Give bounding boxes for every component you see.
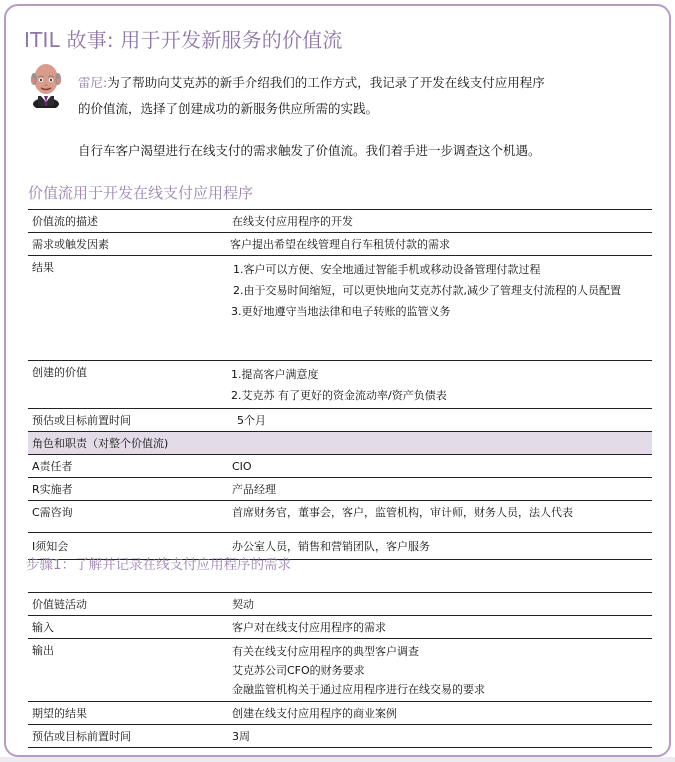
- bald-man-avatar-icon: [27, 60, 65, 108]
- row-value: 5个月: [228, 409, 652, 432]
- row-label: 结果: [28, 256, 228, 361]
- row-value: 首席财务官，董事会，客户，监管机构，审计师，财务人员，法人代表: [228, 501, 652, 533]
- row-label: 价值流的描述: [28, 210, 228, 233]
- table-row-shaded: 角色和职责（对整个价值流): [28, 432, 652, 455]
- table-row: 创建的价值 1.提高客户满意度 2.艾克苏 有了更好的资金流动率/资产负债表: [28, 361, 652, 409]
- intro-paragraph-2: 自行车客户渴望进行在线支付的需求触发了价值流。我们着手进一步调查这个机遇。: [78, 140, 648, 162]
- intro-text-line1: 为了帮助向艾克苏的新手介绍我们的工作方式，我记录了开发在线支付应用程序: [107, 75, 545, 90]
- row-values: 有关在线支付应用程序的典型客户调查 艾克苏公司CFO的财务要求 金融监管机构关于…: [228, 639, 652, 702]
- row-label: 价值链活动: [28, 593, 228, 616]
- row-value: 在线支付应用程序的开发: [228, 210, 652, 233]
- row-value: 产品经理: [228, 478, 652, 501]
- value-1: 1.提高客户满意度: [231, 364, 648, 385]
- table-row: 需求或触发因素 客户提出希望在线管理自行车租赁付款的需求: [28, 233, 652, 256]
- table-row: 输入 客户对在线支付应用程序的需求: [28, 616, 652, 639]
- row-value: 3周: [228, 725, 652, 748]
- outcome-1: 1.客户可以方便、安全地通过智能手机或移动设备管理付款过程: [231, 259, 648, 280]
- value-2: 2.艾克苏 有了更好的资金流动率/资产负债表: [231, 385, 648, 406]
- row-label: 输入: [28, 616, 228, 639]
- section2-title: 步骤1：了解并记录在线支付应用程序的需求: [26, 553, 291, 573]
- row-values: 1.客户可以方便、安全地通过智能手机或移动设备管理付款过程 2.由于交易时间缩短…: [228, 256, 652, 361]
- row-label: 期望的结果: [28, 702, 228, 725]
- output-1: 有关在线支付应用程序的典型客户调查: [232, 642, 648, 661]
- row-label: R实施者: [28, 478, 228, 501]
- outcome-3: 3.更好地遵守当地法律和电子转账的监管义务: [231, 301, 648, 322]
- speaker-name: 雷尼:: [78, 75, 107, 90]
- table-row: 价值链活动 契动: [28, 593, 652, 616]
- row-value: 客户提出希望在线管理自行车租赁付款的需求: [228, 233, 652, 256]
- row-label: C需咨询: [28, 501, 228, 533]
- table-row: 预估或目标前置时间 5个月: [28, 409, 652, 432]
- row-label: 预估或目标前置时间: [28, 409, 228, 432]
- step1-table: 价值链活动 契动 输入 客户对在线支付应用程序的需求 输出 有关在线支付应用程序…: [28, 592, 652, 748]
- table-row: 输出 有关在线支付应用程序的典型客户调查 艾克苏公司CFO的财务要求 金融监管机…: [28, 639, 652, 702]
- roles-heading: 角色和职责（对整个价值流): [28, 432, 228, 455]
- row-value: CIO: [228, 455, 652, 478]
- row-value: 办公室人员，销售和营销团队，客户服务: [228, 533, 652, 560]
- bottom-strip: [0, 757, 675, 762]
- section1-title: 价值流用于开发在线支付应用程序: [28, 182, 253, 203]
- row-label: A责任者: [28, 455, 228, 478]
- row-label: 预估或目标前置时间: [28, 725, 228, 748]
- empty-cell: [228, 432, 652, 455]
- row-values: 1.提高客户满意度 2.艾克苏 有了更好的资金流动率/资产负债表: [228, 361, 652, 409]
- output-2: 艾克苏公司CFO的财务要求: [232, 661, 648, 680]
- row-label: 输出: [28, 639, 228, 702]
- table-row: 预估或目标前置时间 3周: [28, 725, 652, 748]
- value-stream-table: 价值流的描述 在线支付应用程序的开发 需求或触发因素 客户提出希望在线管理自行车…: [28, 209, 652, 560]
- page-title: ITIL 故事: 用于开发新服务的价值流: [24, 24, 343, 53]
- table-row: C需咨询 首席财务官，董事会，客户，监管机构，审计师，财务人员，法人代表: [28, 501, 652, 533]
- table-row: 结果 1.客户可以方便、安全地通过智能手机或移动设备管理付款过程 2.由于交易时…: [28, 256, 652, 361]
- row-value: 创建在线支付应用程序的商业案例: [228, 702, 652, 725]
- row-value: 客户对在线支付应用程序的需求: [228, 616, 652, 639]
- table-row: R实施者 产品经理: [28, 478, 652, 501]
- row-label: 创建的价值: [28, 361, 228, 409]
- outcome-2: 2.由于交易时间缩短，可以更快地向艾克苏付款,减少了管理支付流程的人员配置: [231, 280, 648, 301]
- table-row: 价值流的描述 在线支付应用程序的开发: [28, 210, 652, 233]
- output-3: 金融监管机构关于通过应用程序进行在线交易的要求: [232, 680, 648, 699]
- row-label: 需求或触发因素: [28, 233, 228, 256]
- table-row: A责任者 CIO: [28, 455, 652, 478]
- intro-text-line2: 的价值流，选择了创建成功的新服务供应所需的实践。: [78, 101, 378, 116]
- intro-paragraph: 雷尼:为了帮助向艾克苏的新手介绍我们的工作方式，我记录了开发在线支付应用程序 的…: [78, 70, 648, 122]
- row-value: 契动: [228, 593, 652, 616]
- table-row: 期望的结果 创建在线支付应用程序的商业案例: [28, 702, 652, 725]
